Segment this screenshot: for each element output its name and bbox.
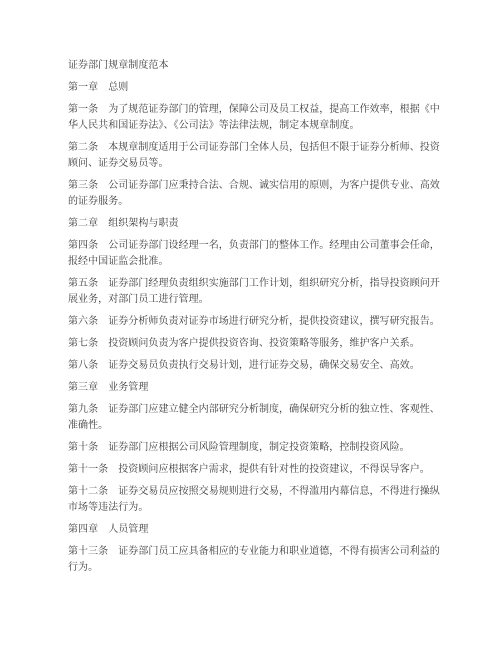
article-4: 第四条 公司证券部门设经理一名，负责部门的整体工作。经理由公司董事会任命，报经中…	[68, 238, 443, 270]
article-10: 第十条 证券部门应根据公司风险管理制度，制定投资策略，控制投资风险。	[68, 440, 443, 456]
article-8: 第八条 证券交易员负责执行交易计划，进行证券交易，确保交易安全、高效。	[68, 358, 443, 374]
article-7: 第七条 投资顾问负责为客户提供投资咨询、投资策略等服务，维护客户关系。	[68, 336, 443, 352]
chapter-1-heading: 第一章 总则	[68, 80, 443, 96]
article-9: 第九条 证券部门应建立健全内部研究分析制度，确保研究分析的独立性、客观性、准确性…	[68, 402, 443, 434]
article-6: 第六条 证券分析师负责对证券市场进行研究分析，提供投资建议，撰写研究报告。	[68, 314, 443, 330]
article-12: 第十二条 证券交易员应按照交易规则进行交易，不得滥用内幕信息，不得进行操纵市场等…	[68, 484, 443, 516]
article-2: 第二条 本规章制度适用于公司证券部门全体人员，包括但不限于证券分析师、投资顾问、…	[68, 140, 443, 172]
chapter-4-heading: 第四章 人员管理	[68, 522, 443, 538]
article-13: 第十三条 证券部门员工应具备相应的专业能力和职业道德，不得有损害公司利益的行为。	[68, 544, 443, 576]
document-body: 证券部门规章制度范本 第一章 总则 第一条 为了规范证券部门的管理，保障公司及员…	[68, 58, 443, 576]
article-1: 第一条 为了规范证券部门的管理，保障公司及员工权益，提高工作效率，根据《中华人民…	[68, 102, 443, 134]
chapter-3-heading: 第三章 业务管理	[68, 380, 443, 396]
article-11: 第十一条 投资顾问应根据客户需求，提供有针对性的投资建议，不得误导客户。	[68, 462, 443, 478]
article-3: 第三条 公司证券部门应秉持合法、合规、诚实信用的原则，为客户提供专业、高效的证券…	[68, 178, 443, 210]
document-page: 证券部门规章制度范本 第一章 总则 第一条 为了规范证券部门的管理，保障公司及员…	[0, 0, 502, 649]
article-5: 第五条 证券部门经理负责组织实施部门工作计划，组织研究分析，指导投资顾问开展业务…	[68, 276, 443, 308]
chapter-2-heading: 第二章 组织架构与职责	[68, 216, 443, 232]
document-title: 证券部门规章制度范本	[68, 58, 443, 74]
